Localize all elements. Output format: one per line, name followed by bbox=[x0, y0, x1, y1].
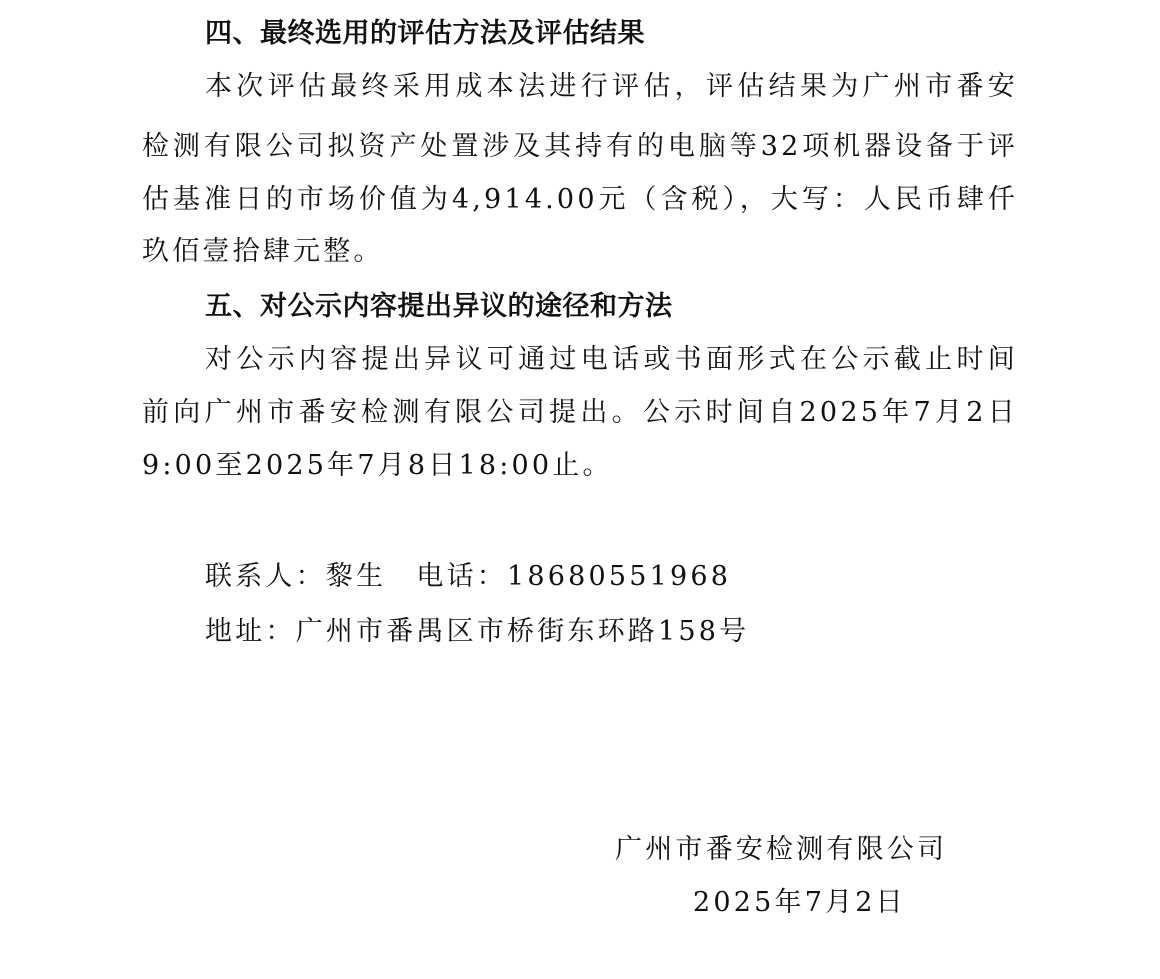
signature-date: 2025年7月2日 bbox=[693, 883, 906, 923]
section-4-paragraph-line: 检测有限公司拟资产处置涉及其持有的电脑等32项机器设备于评 bbox=[142, 127, 1018, 167]
section-4-heading: 四、最终选用的评估方法及评估结果 bbox=[205, 14, 645, 54]
section-5-paragraph-line: 9:00至2025年7月8日18:00止。 bbox=[142, 446, 613, 486]
section-5-paragraph-line: 对公示内容提出异议可通过电话或书面形式在公示截止时间 bbox=[205, 340, 1018, 380]
section-4-paragraph-line: 本次评估最终采用成本法进行评估，评估结果为广州市番安 bbox=[205, 67, 1018, 107]
signature-company: 广州市番安检测有限公司 bbox=[615, 830, 947, 870]
section-5-paragraph-line: 前向广州市番安检测有限公司提出。公示时间自2025年7月2日 bbox=[142, 393, 1018, 433]
section-4-paragraph-line: 玖佰壹拾肆元整。 bbox=[142, 232, 384, 272]
contact-person-phone: 联系人：黎生 电话：18680551968 bbox=[205, 557, 731, 597]
section-5-heading: 五、对公示内容提出异议的途径和方法 bbox=[205, 287, 673, 327]
section-4-paragraph-line: 估基准日的市场价值为4,914.00元（含税），大写：人民币肆仟 bbox=[142, 180, 1018, 220]
contact-address: 地址：广州市番禺区市桥街东环路158号 bbox=[205, 612, 749, 652]
